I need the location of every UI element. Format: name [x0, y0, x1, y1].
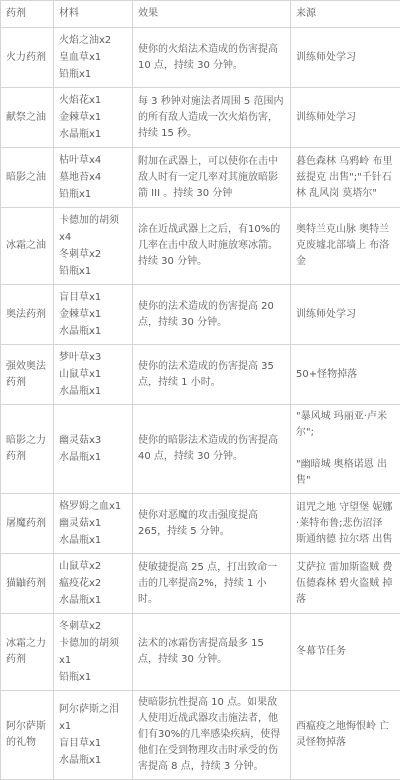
column-header-source: 来源 — [291, 1, 400, 28]
table-row: 猫鼬药剂 山鼠草x2 瘟疫花x2 水晶瓶x1 使敏捷提高 25 点，打出致命一击… — [1, 554, 400, 614]
source: 训练师处学习 — [291, 28, 400, 88]
potion-name: 冰霜之力药剂 — [1, 614, 54, 691]
table-row: 强效奥法药剂 梦叶草x3 山鼠草x1 水晶瓶x1 使你的法术造成的伤害提高 35… — [1, 345, 400, 405]
materials: 格罗姆之血x1 幽灵菇x1 水晶瓶x1 — [54, 494, 133, 554]
materials: 卡德加的胡须x4 冬刺草x2 铅瓶x1 — [54, 208, 133, 285]
effect: 法术的冰霜伤害提高最多 15 点，持续 30 分钟。 — [133, 614, 291, 691]
table-row: 屠魔药剂 格罗姆之血x1 幽灵菇x1 水晶瓶x1 使你对恶魔的攻击强度提高265… — [1, 494, 400, 554]
table-row: 火力药剂 火焰之油x2 皇血草x1 铅瓶x1 使你的火焰法术造成的伤害提高 10… — [1, 28, 400, 88]
table-row: 冰霜之油 卡德加的胡须x4 冬刺草x2 铅瓶x1 涂在近战武器上之后，有10%的… — [1, 208, 400, 285]
potion-name: 火力药剂 — [1, 28, 54, 88]
column-header-potion: 药剂 — [1, 1, 54, 28]
materials: 山鼠草x2 瘟疫花x2 水晶瓶x1 — [54, 554, 133, 614]
effect: 使暗影抗性提高 10 点。如果敌人使用近战武器攻击施法者，他们有30%的几率感染… — [133, 691, 291, 780]
materials: 冬刺草x2 卡德加的胡须x1 铅瓶x1 — [54, 614, 133, 691]
potion-name: 阿尔萨斯的礼物 — [1, 691, 54, 780]
potion-table: 药剂 材料 效果 来源 火力药剂 火焰之油x2 皇血草x1 铅瓶x1 使你的火焰… — [0, 0, 400, 780]
table-row: 暗影之油 枯叶草x4 墓地苔x4 铅瓶x1 附加在武器上，可以使你在击中敌人时有… — [1, 148, 400, 208]
potion-name: 暗影之油 — [1, 148, 54, 208]
materials: 幽灵菇x3 水晶瓶x1 — [54, 405, 133, 494]
potion-name: 暗影之力药剂 — [1, 405, 54, 494]
effect: 附加在武器上，可以使你在击中敌人时有一定几率对其施放暗影箭 III 。持续 30… — [133, 148, 291, 208]
table-row: 冰霜之力药剂 冬刺草x2 卡德加的胡须x1 铅瓶x1 法术的冰霜伤害提高最多 1… — [1, 614, 400, 691]
materials: 火焰之油x2 皇血草x1 铅瓶x1 — [54, 28, 133, 88]
materials: 盲目草x1 金棘草x1 水晶瓶x1 — [54, 285, 133, 345]
source: 50+怪物掉落 — [291, 345, 400, 405]
potion-table-body: 火力药剂 火焰之油x2 皇血草x1 铅瓶x1 使你的火焰法术造成的伤害提高 10… — [1, 28, 400, 780]
materials: 枯叶草x4 墓地苔x4 铅瓶x1 — [54, 148, 133, 208]
column-header-materials: 材料 — [54, 1, 133, 28]
effect: 使你的暗影法术造成的伤害提高 40 点，持续 30 分钟。 — [133, 405, 291, 494]
table-row: 奥法药剂 盲目草x1 金棘草x1 水晶瓶x1 使你的法术造成的伤害提高 20 点… — [1, 285, 400, 345]
source: 冬幕节任务 — [291, 614, 400, 691]
table-row: 阿尔萨斯的礼物 阿尔萨斯之泪x1 盲目草x1 水晶瓶x1 使暗影抗性提高 10 … — [1, 691, 400, 780]
potion-name: 冰霜之油 — [1, 208, 54, 285]
potion-name: 猫鼬药剂 — [1, 554, 54, 614]
effect: 使敏捷提高 25 点，打出致命一击的几率提高2%，持续 1 小时。 — [133, 554, 291, 614]
potion-name: 屠魔药剂 — [1, 494, 54, 554]
table-row: 暗影之力药剂 幽灵菇x3 水晶瓶x1 使你的暗影法术造成的伤害提高 40 点，持… — [1, 405, 400, 494]
effect: 使你对恶魔的攻击强度提高265，持续 5 分钟。 — [133, 494, 291, 554]
effect: 使你的法术造成的伤害提高 35 点，持续 1 小时。 — [133, 345, 291, 405]
source: 诅咒之地 守望堡 妮娜·莱特布鲁;悲伤沼泽 斯通纳德 拉尔塔 出售 — [291, 494, 400, 554]
effect: 每 3 秒钟对施法者周围 5 范围内的所有敌人造成一次火焰伤害，持续 15 秒。 — [133, 88, 291, 148]
column-header-effect: 效果 — [133, 1, 291, 28]
effect: 使你的法术造成的伤害提高 20 点，持续 30 分钟。 — [133, 285, 291, 345]
source: 训练师处学习 — [291, 285, 400, 345]
materials: 梦叶草x3 山鼠草x1 水晶瓶x1 — [54, 345, 133, 405]
potion-name: 献祭之油 — [1, 88, 54, 148]
source: "暴风城 玛丽亚·卢米尔"; "幽暗城 奥格诺恩 出售" — [291, 405, 400, 494]
effect: 使你的火焰法术造成的伤害提高 10 点，持续 30 分钟。 — [133, 28, 291, 88]
table-row: 献祭之油 火焰花x1 金棘草x1 水晶瓶x1 每 3 秒钟对施法者周围 5 范围… — [1, 88, 400, 148]
potion-name: 强效奥法药剂 — [1, 345, 54, 405]
source: 暮色森林 乌鸦岭 布里兹提克 出售";"千针石林 乱风岗 莫塔尔" — [291, 148, 400, 208]
effect: 涂在近战武器上之后，有10%的几率在击中敌人时施放寒冰箭。持续 30 分钟。 — [133, 208, 291, 285]
potion-name: 奥法药剂 — [1, 285, 54, 345]
source: 艾萨拉 雷加斯盗贼 费伍德森林 碧火盗贼 掉落 — [291, 554, 400, 614]
source: 奥特兰克山脉 奥特兰克废墟北部墙上 布洛金 — [291, 208, 400, 285]
potion-table-header: 药剂 材料 效果 来源 — [1, 1, 400, 28]
materials: 阿尔萨斯之泪x1 盲目草x1 水晶瓶x1 — [54, 691, 133, 780]
source: 西瘟疫之地悔恨岭 亡灵怪物掉落 — [291, 691, 400, 780]
header-row: 药剂 材料 效果 来源 — [1, 1, 400, 28]
source: 训练师处学习 — [291, 88, 400, 148]
page: 药剂 材料 效果 来源 火力药剂 火焰之油x2 皇血草x1 铅瓶x1 使你的火焰… — [0, 0, 400, 780]
materials: 火焰花x1 金棘草x1 水晶瓶x1 — [54, 88, 133, 148]
